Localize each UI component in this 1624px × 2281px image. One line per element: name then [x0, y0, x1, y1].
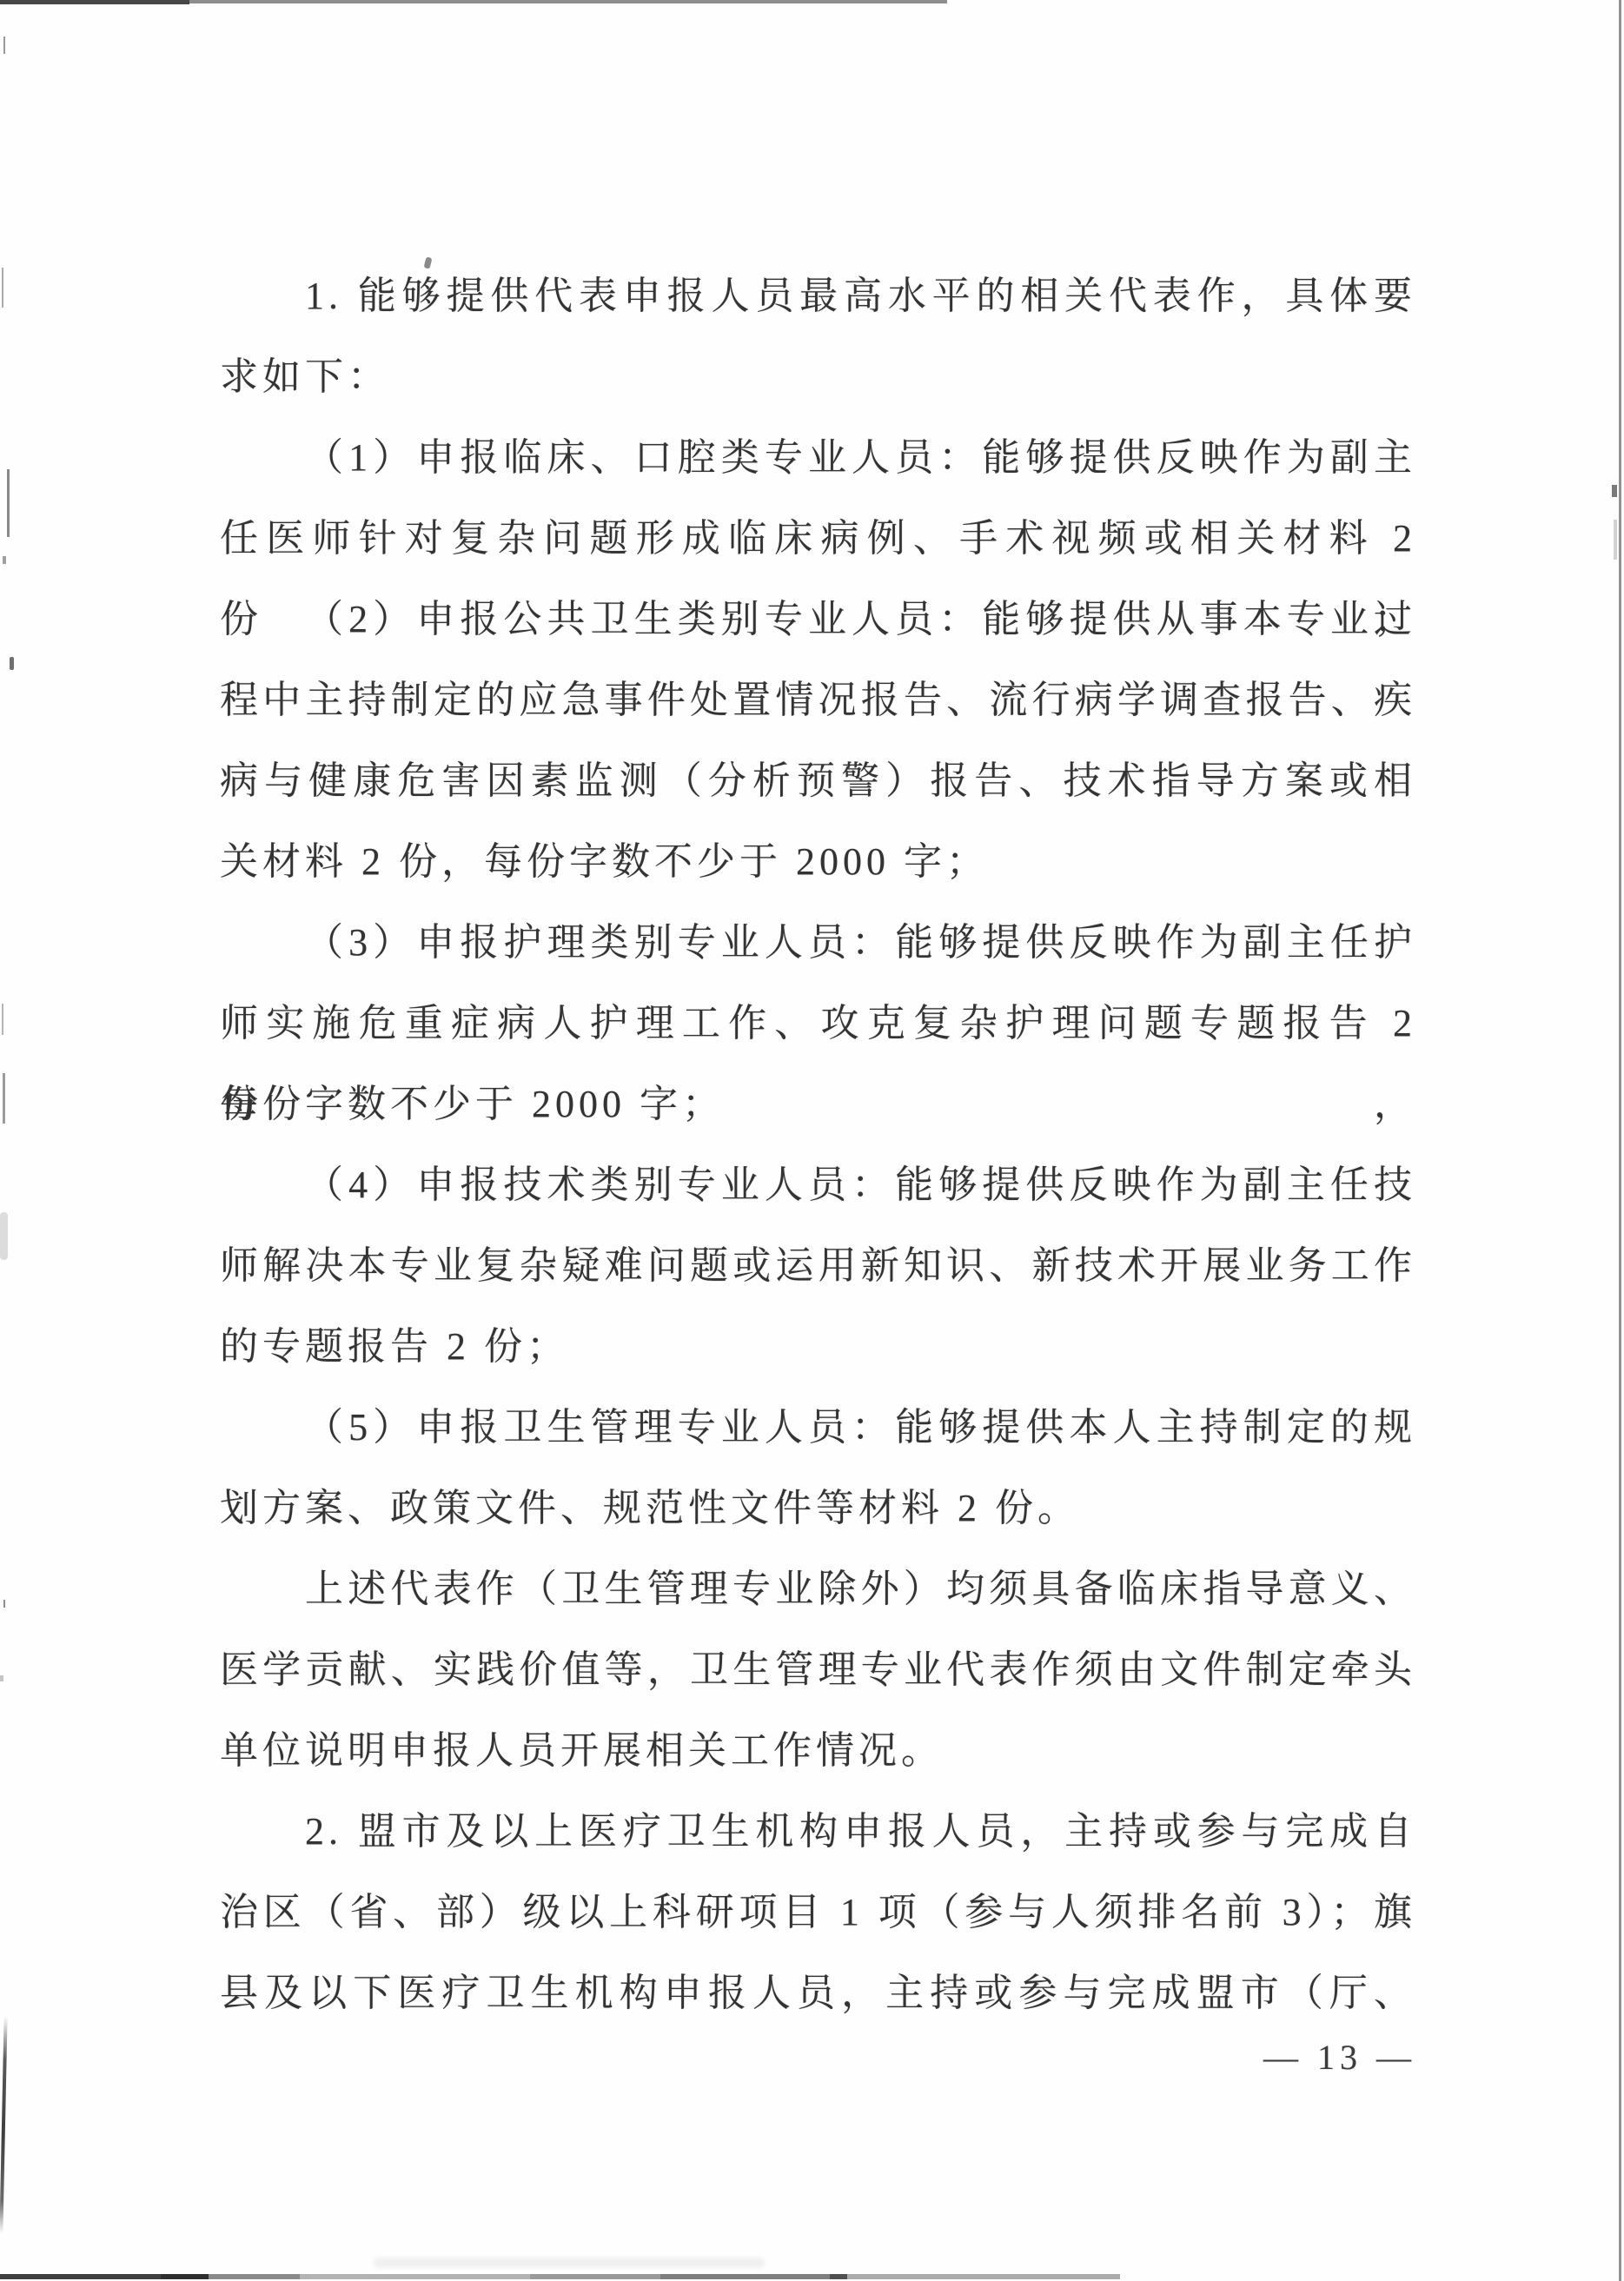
text-line: （3）申报护理类别专业人员：能够提供反映作为副主任护	[220, 902, 1416, 983]
text-line: 县及以下医疗卫生机构申报人员，主持或参与完成盟市（厅、	[220, 1953, 1416, 2033]
scan-noise-speck	[7, 469, 10, 537]
scan-edge-right	[1619, 0, 1621, 2281]
scan-noise-speck	[10, 657, 14, 670]
scan-edge-top-gray	[189, 0, 947, 3]
text-line: 医学贡献、实践价值等，卫生管理专业代表作须由文件制定牵头	[220, 1629, 1416, 1710]
text-line: 划方案、政策文件、规范性文件等材料 2 份。	[220, 1468, 1416, 1548]
document-body: 1. 能够提供代表申报人员最高水平的相关代表作，具体要 求如下： （1）申报临床…	[220, 255, 1416, 2033]
text-line: 求如下：	[220, 336, 1416, 417]
scan-noise-speck	[3, 556, 6, 564]
ghost-text-smudge	[374, 2258, 765, 2268]
text-line: 1. 能够提供代表申报人员最高水平的相关代表作，具体要	[220, 255, 1416, 336]
text-line: 关材料 2 份，每份字数不少于 2000 字；	[220, 821, 1416, 902]
text-line: 师实施危重症病人护理工作、攻克复杂护理问题专题报告 2 份，	[220, 983, 1416, 1064]
scan-noise-speck	[0, 1675, 3, 1681]
scan-noise-speck	[2, 268, 3, 308]
text-line: （4）申报技术类别专业人员：能够提供反映作为副主任技	[220, 1144, 1416, 1225]
text-line: 程中主持制定的应急事件处置情况报告、流行病学调查报告、疾	[220, 660, 1416, 740]
text-line: 病与健康危害因素监测（分析预警）报告、技术指导方案或相	[220, 740, 1416, 821]
text-line: （1）申报临床、口腔类专业人员：能够提供反映作为副主	[220, 417, 1416, 498]
text-line: （2）申报公共卫生类别专业人员：能够提供从事本专业过	[220, 579, 1416, 660]
text-line: 师解决本专业复杂疑难问题或运用新知识、新技术开展业务工作	[220, 1225, 1416, 1306]
text-line: 治区（省、部）级以上科研项目 1 项（参与人须排名前 3）；旗	[220, 1872, 1416, 1953]
scan-noise-speck	[1614, 520, 1617, 560]
page-number: — 13 —	[220, 2032, 1416, 2084]
scan-noise-speck	[3, 1600, 5, 1608]
scan-edge-top-dark	[0, 0, 189, 4]
page-curl-mark	[0, 2016, 8, 2233]
scan-noise-speck	[3, 1073, 5, 1124]
scan-noise-speck	[0, 1212, 8, 1260]
text-line: 任医师针对复杂问题形成临床病例、手术视频或相关材料 2 份；	[220, 498, 1416, 579]
text-line: 的专题报告 2 份；	[220, 1306, 1416, 1387]
scan-noise-speck	[1612, 485, 1617, 497]
scan-edge-bottom	[0, 2274, 1120, 2279]
text-line: （5）申报卫生管理专业人员：能够提供本人主持制定的规	[220, 1387, 1416, 1468]
scan-noise-speck	[3, 36, 5, 54]
text-line: 上述代表作（卫生管理专业除外）均须具备临床指导意义、	[220, 1548, 1416, 1629]
scan-noise-speck	[2, 1004, 3, 1035]
scanned-document-page: 1. 能够提供代表申报人员最高水平的相关代表作，具体要 求如下： （1）申报临床…	[0, 0, 1624, 2281]
text-line: 单位说明申报人员开展相关工作情况。	[220, 1710, 1416, 1791]
text-line: 2. 盟市及以上医疗卫生机构申报人员，主持或参与完成自	[220, 1791, 1416, 1872]
